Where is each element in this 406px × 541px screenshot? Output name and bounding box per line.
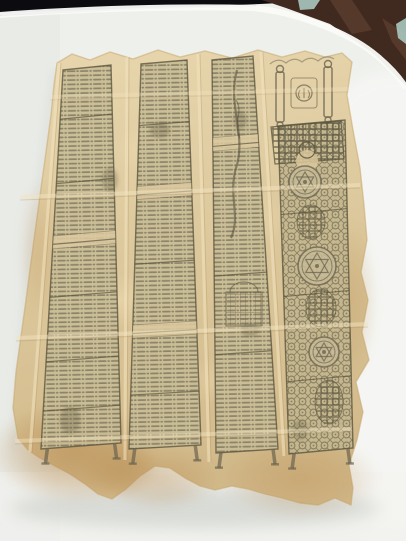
photo-of-manuscript-on-table <box>0 0 406 541</box>
medallion-center-dot <box>303 180 307 184</box>
medallion-center-dot <box>322 350 326 354</box>
scene-canvas <box>0 0 406 541</box>
medallion-3 <box>309 337 339 367</box>
text-column-1-foot <box>45 449 47 464</box>
ornamental-column-4-foot <box>348 448 350 463</box>
text-column-1-foot <box>115 443 117 458</box>
text-column-3-foot <box>273 449 275 464</box>
medallion-1 <box>289 166 321 198</box>
ornamental-column-4-foot <box>292 454 294 469</box>
text-column-3-foot <box>219 453 221 468</box>
wall-illustration <box>226 292 262 326</box>
medallion-2 <box>298 247 336 285</box>
text-column-2-foot <box>195 445 197 460</box>
medallion-center-dot <box>315 264 319 268</box>
scene-root <box>0 0 406 541</box>
ornate-blob-2 <box>306 289 336 327</box>
text-column-2-foot <box>133 449 135 464</box>
ornate-blob-3 <box>315 380 343 424</box>
ornate-blob-1 <box>297 205 325 239</box>
